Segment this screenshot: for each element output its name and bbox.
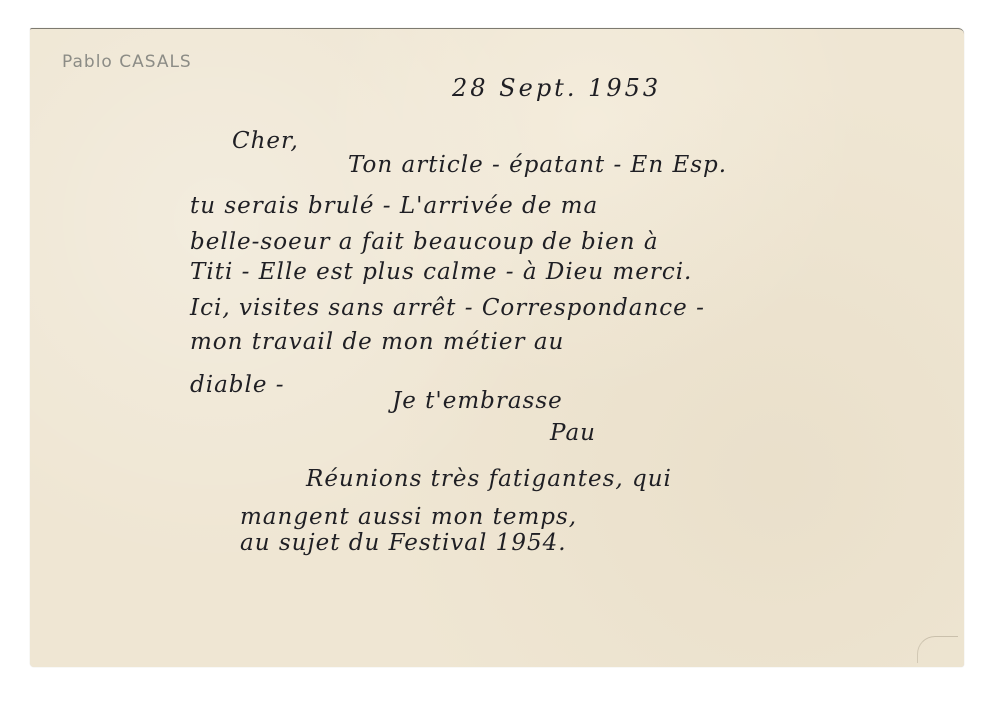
body-line-7: diable - [190, 372, 285, 398]
closing: Je t'embrasse [392, 388, 563, 414]
body-line-2: tu serais brulé - L'arrivée de ma [190, 193, 598, 219]
corner-crease [917, 636, 958, 663]
postscript-line-2: mangent aussi mon temps, [240, 504, 577, 530]
letter-date: 28 Sept. 1953 [452, 74, 661, 102]
salutation: Cher, [232, 128, 299, 154]
body-line-1: Ton article - épatant - En Esp. [348, 152, 727, 178]
body-line-4: Titi - Elle est plus calme - à Dieu merc… [190, 259, 692, 285]
body-line-3: belle-soeur a fait beaucoup de bien à [190, 229, 659, 255]
postscript-line-1: Réunions très fatigantes, qui [306, 466, 672, 492]
body-line-6: mon travail de mon métier au [190, 329, 564, 355]
body-line-5: Ici, visites sans arrêt - Correspondance… [190, 295, 705, 321]
signature: Pau [550, 420, 596, 446]
archive-pencil-note: Pablo CASALS [62, 52, 192, 72]
postscript-line-3: au sujet du Festival 1954. [240, 530, 567, 556]
